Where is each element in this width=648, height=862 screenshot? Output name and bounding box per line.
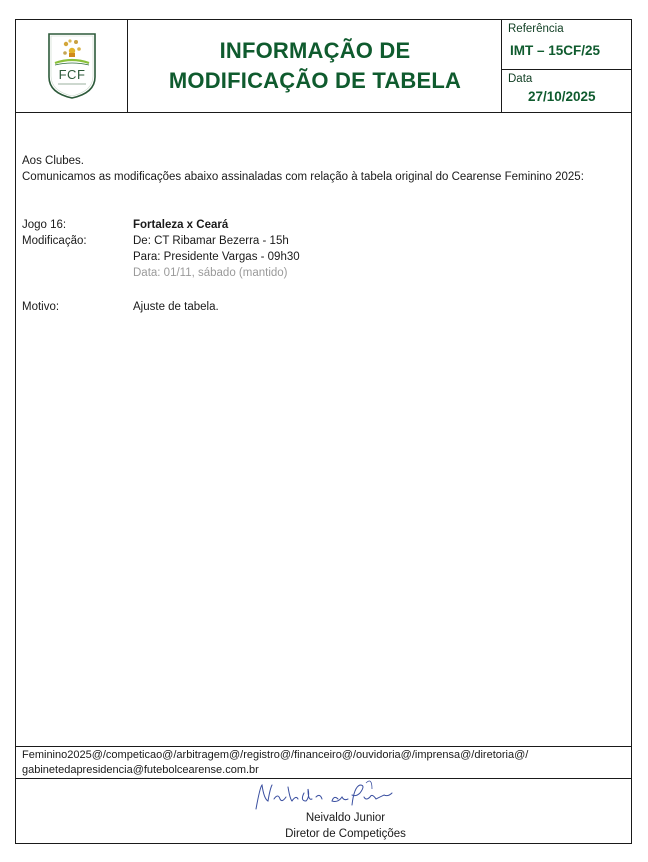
fcf-logo-icon: FCF xyxy=(46,31,98,101)
title-line-2: MODIFICAÇÃO DE TABELA xyxy=(169,66,461,96)
document-sheet: FCF INFORMAÇÃO DE MODIFICAÇÃO DE TABELA … xyxy=(15,19,632,844)
signer-role: Diretor de Competições xyxy=(16,827,631,842)
title-line-1: INFORMAÇÃO DE xyxy=(220,36,411,66)
meta-cell: Referência IMT – 15CF/25 Data 27/10/2025 xyxy=(501,20,632,112)
reason-row: Motivo: Ajuste de tabela. xyxy=(22,299,622,315)
svg-text:FCF: FCF xyxy=(58,67,85,82)
document-title: INFORMAÇÃO DE MODIFICAÇÃO DE TABELA xyxy=(128,20,502,112)
greeting: Aos Clubes. xyxy=(22,153,622,169)
logo-cell: FCF xyxy=(16,20,128,112)
emails-line-1: Feminino2025@/competicao@/arbitragem@/re… xyxy=(22,748,625,763)
reason-value: Ajuste de tabela. xyxy=(133,299,622,315)
document-header: FCF INFORMAÇÃO DE MODIFICAÇÃO DE TABELA … xyxy=(16,20,631,113)
modification-label: Modificação: xyxy=(22,233,133,249)
reference-value: IMT – 15CF/25 xyxy=(508,42,632,60)
date-note-row: Data: 01/11, sábado (mantido) xyxy=(22,265,622,281)
modification-to-row: Para: Presidente Vargas - 09h30 xyxy=(22,249,622,265)
game-match: Fortaleza x Ceará xyxy=(133,217,622,233)
reference-label: Referência xyxy=(508,22,632,36)
modification-row: Modificação: De: CT Ribamar Bezerra - 15… xyxy=(22,233,622,249)
modification-from: De: CT Ribamar Bezerra - 15h xyxy=(133,233,622,249)
game-row: Jogo 16: Fortaleza x Ceará xyxy=(22,217,622,233)
reason-block: Motivo: Ajuste de tabela. xyxy=(22,299,622,315)
intro-message: Comunicamos as modificações abaixo assin… xyxy=(22,169,622,185)
date-value: 27/10/2025 xyxy=(508,88,632,106)
emails-line-2: gabinetedapresidencia@futebolcearense.co… xyxy=(22,763,625,778)
date-block: Data 27/10/2025 xyxy=(502,70,632,112)
game-block: Jogo 16: Fortaleza x Ceará Modificação: … xyxy=(22,217,622,281)
footer-emails: Feminino2025@/competicao@/arbitragem@/re… xyxy=(16,746,631,779)
date-note: Data: 01/11, sábado (mantido) xyxy=(133,265,622,281)
date-label: Data xyxy=(508,72,632,86)
intro: Aos Clubes. Comunicamos as modificações … xyxy=(22,153,622,185)
reason-label: Motivo: xyxy=(22,299,133,315)
modification-to: Para: Presidente Vargas - 09h30 xyxy=(133,249,622,265)
signer-name: Neivaldo Junior xyxy=(16,811,631,826)
game-label: Jogo 16: xyxy=(22,217,133,233)
reference-block: Referência IMT – 15CF/25 xyxy=(502,20,632,70)
document-body: Aos Clubes. Comunicamos as modificações … xyxy=(22,132,622,315)
signature-block: Neivaldo Junior Diretor de Competições xyxy=(16,779,631,843)
